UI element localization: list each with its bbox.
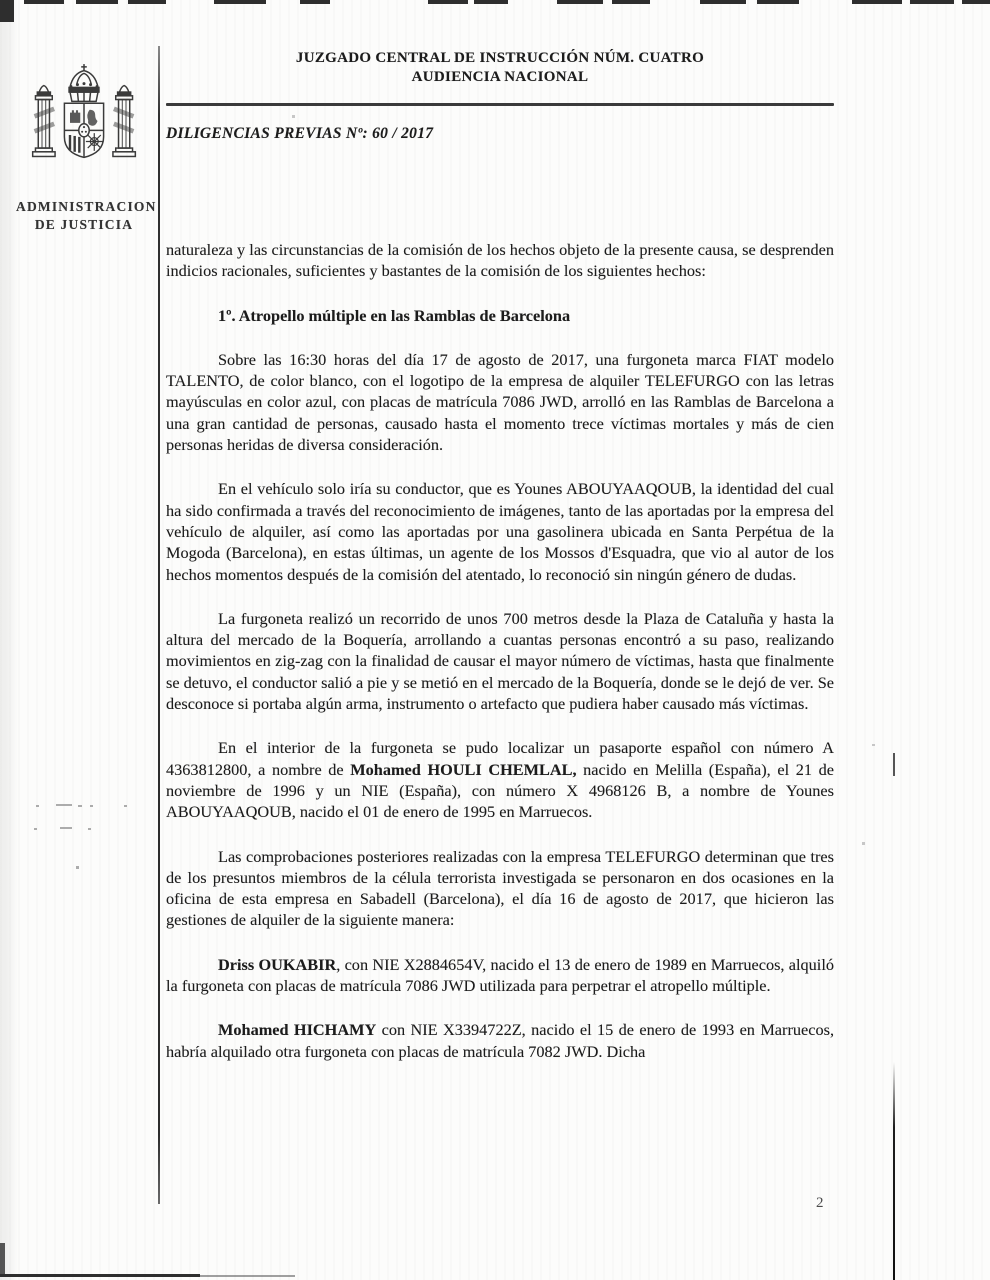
left-pillar-icon xyxy=(33,86,55,157)
paragraph: Las comprobaciones posteriores realizada… xyxy=(166,846,834,931)
scan-speck xyxy=(36,805,39,807)
scan-speck xyxy=(56,804,72,806)
header-rule xyxy=(166,103,834,106)
scan-speck xyxy=(60,827,72,829)
org-name-line2: DE JUSTICIA xyxy=(16,216,152,234)
scan-speck xyxy=(862,842,865,845)
shield-icon xyxy=(64,103,103,157)
scan-artifact-bottom-line-faint xyxy=(200,1275,295,1277)
org-name-line1: ADMINISTRACION xyxy=(16,198,152,216)
scan-artifact-right-tick xyxy=(893,753,895,776)
scan-speck xyxy=(872,744,875,746)
scan-speck xyxy=(88,828,91,830)
paragraph: Driss OUKABIR, con NIE X2884654V, nacido… xyxy=(166,954,834,997)
letterhead-separator-line xyxy=(158,46,160,1204)
scan-speck xyxy=(90,805,93,807)
court-header: JUZGADO CENTRAL DE INSTRUCCIÓN NÚM. CUAT… xyxy=(166,49,834,87)
section-heading: 1º. Atropello múltiple en las Ramblas de… xyxy=(166,305,834,326)
page-number: 2 xyxy=(816,1195,824,1212)
scan-speck xyxy=(34,828,37,830)
spain-coat-of-arms-emblem xyxy=(28,58,140,184)
paragraph: La furgoneta realizó un recorrido de uno… xyxy=(166,608,834,714)
crown-icon xyxy=(69,64,99,101)
scan-artifact-dash xyxy=(852,0,902,4)
scan-speck xyxy=(78,805,82,807)
scan-speck xyxy=(76,866,79,869)
case-reference: DILIGENCIAS PREVIAS Nº: 60 / 2017 xyxy=(166,125,834,143)
letterhead-sidebar: ADMINISTRACION DE JUSTICIA xyxy=(16,58,152,234)
scan-artifact-dash xyxy=(128,0,166,4)
scan-artifact-bottom-line xyxy=(0,1274,200,1277)
court-name-line1: JUZGADO CENTRAL DE INSTRUCCIÓN NÚM. CUAT… xyxy=(166,49,834,68)
paragraph-intro: naturaleza y las circunstancias de la co… xyxy=(166,239,834,282)
court-name-line2: AUDIENCIA NACIONAL xyxy=(166,68,834,87)
paragraph: En el vehículo solo iría su conductor, q… xyxy=(166,478,834,584)
scan-artifact-corner xyxy=(0,0,14,22)
paragraph: En el interior de la furgoneta se pudo l… xyxy=(166,737,834,822)
scan-artifact-dash xyxy=(76,0,118,4)
paragraph: Sobre las 16:30 horas del día 17 de agos… xyxy=(166,349,834,455)
scan-speck xyxy=(124,805,127,807)
scan-artifact-right-line xyxy=(893,1062,895,1280)
scan-artifact-dash xyxy=(910,0,954,4)
document-body: JUZGADO CENTRAL DE INSTRUCCIÓN NÚM. CUAT… xyxy=(166,0,834,1062)
scan-artifact-left-mark xyxy=(0,1243,5,1277)
right-pillar-icon xyxy=(113,86,135,157)
paragraph: Mohamed HICHAMY con NIE X3394722Z, nacid… xyxy=(166,1019,834,1062)
scan-artifact-dash xyxy=(24,0,64,4)
scan-artifact-dash xyxy=(962,0,990,4)
